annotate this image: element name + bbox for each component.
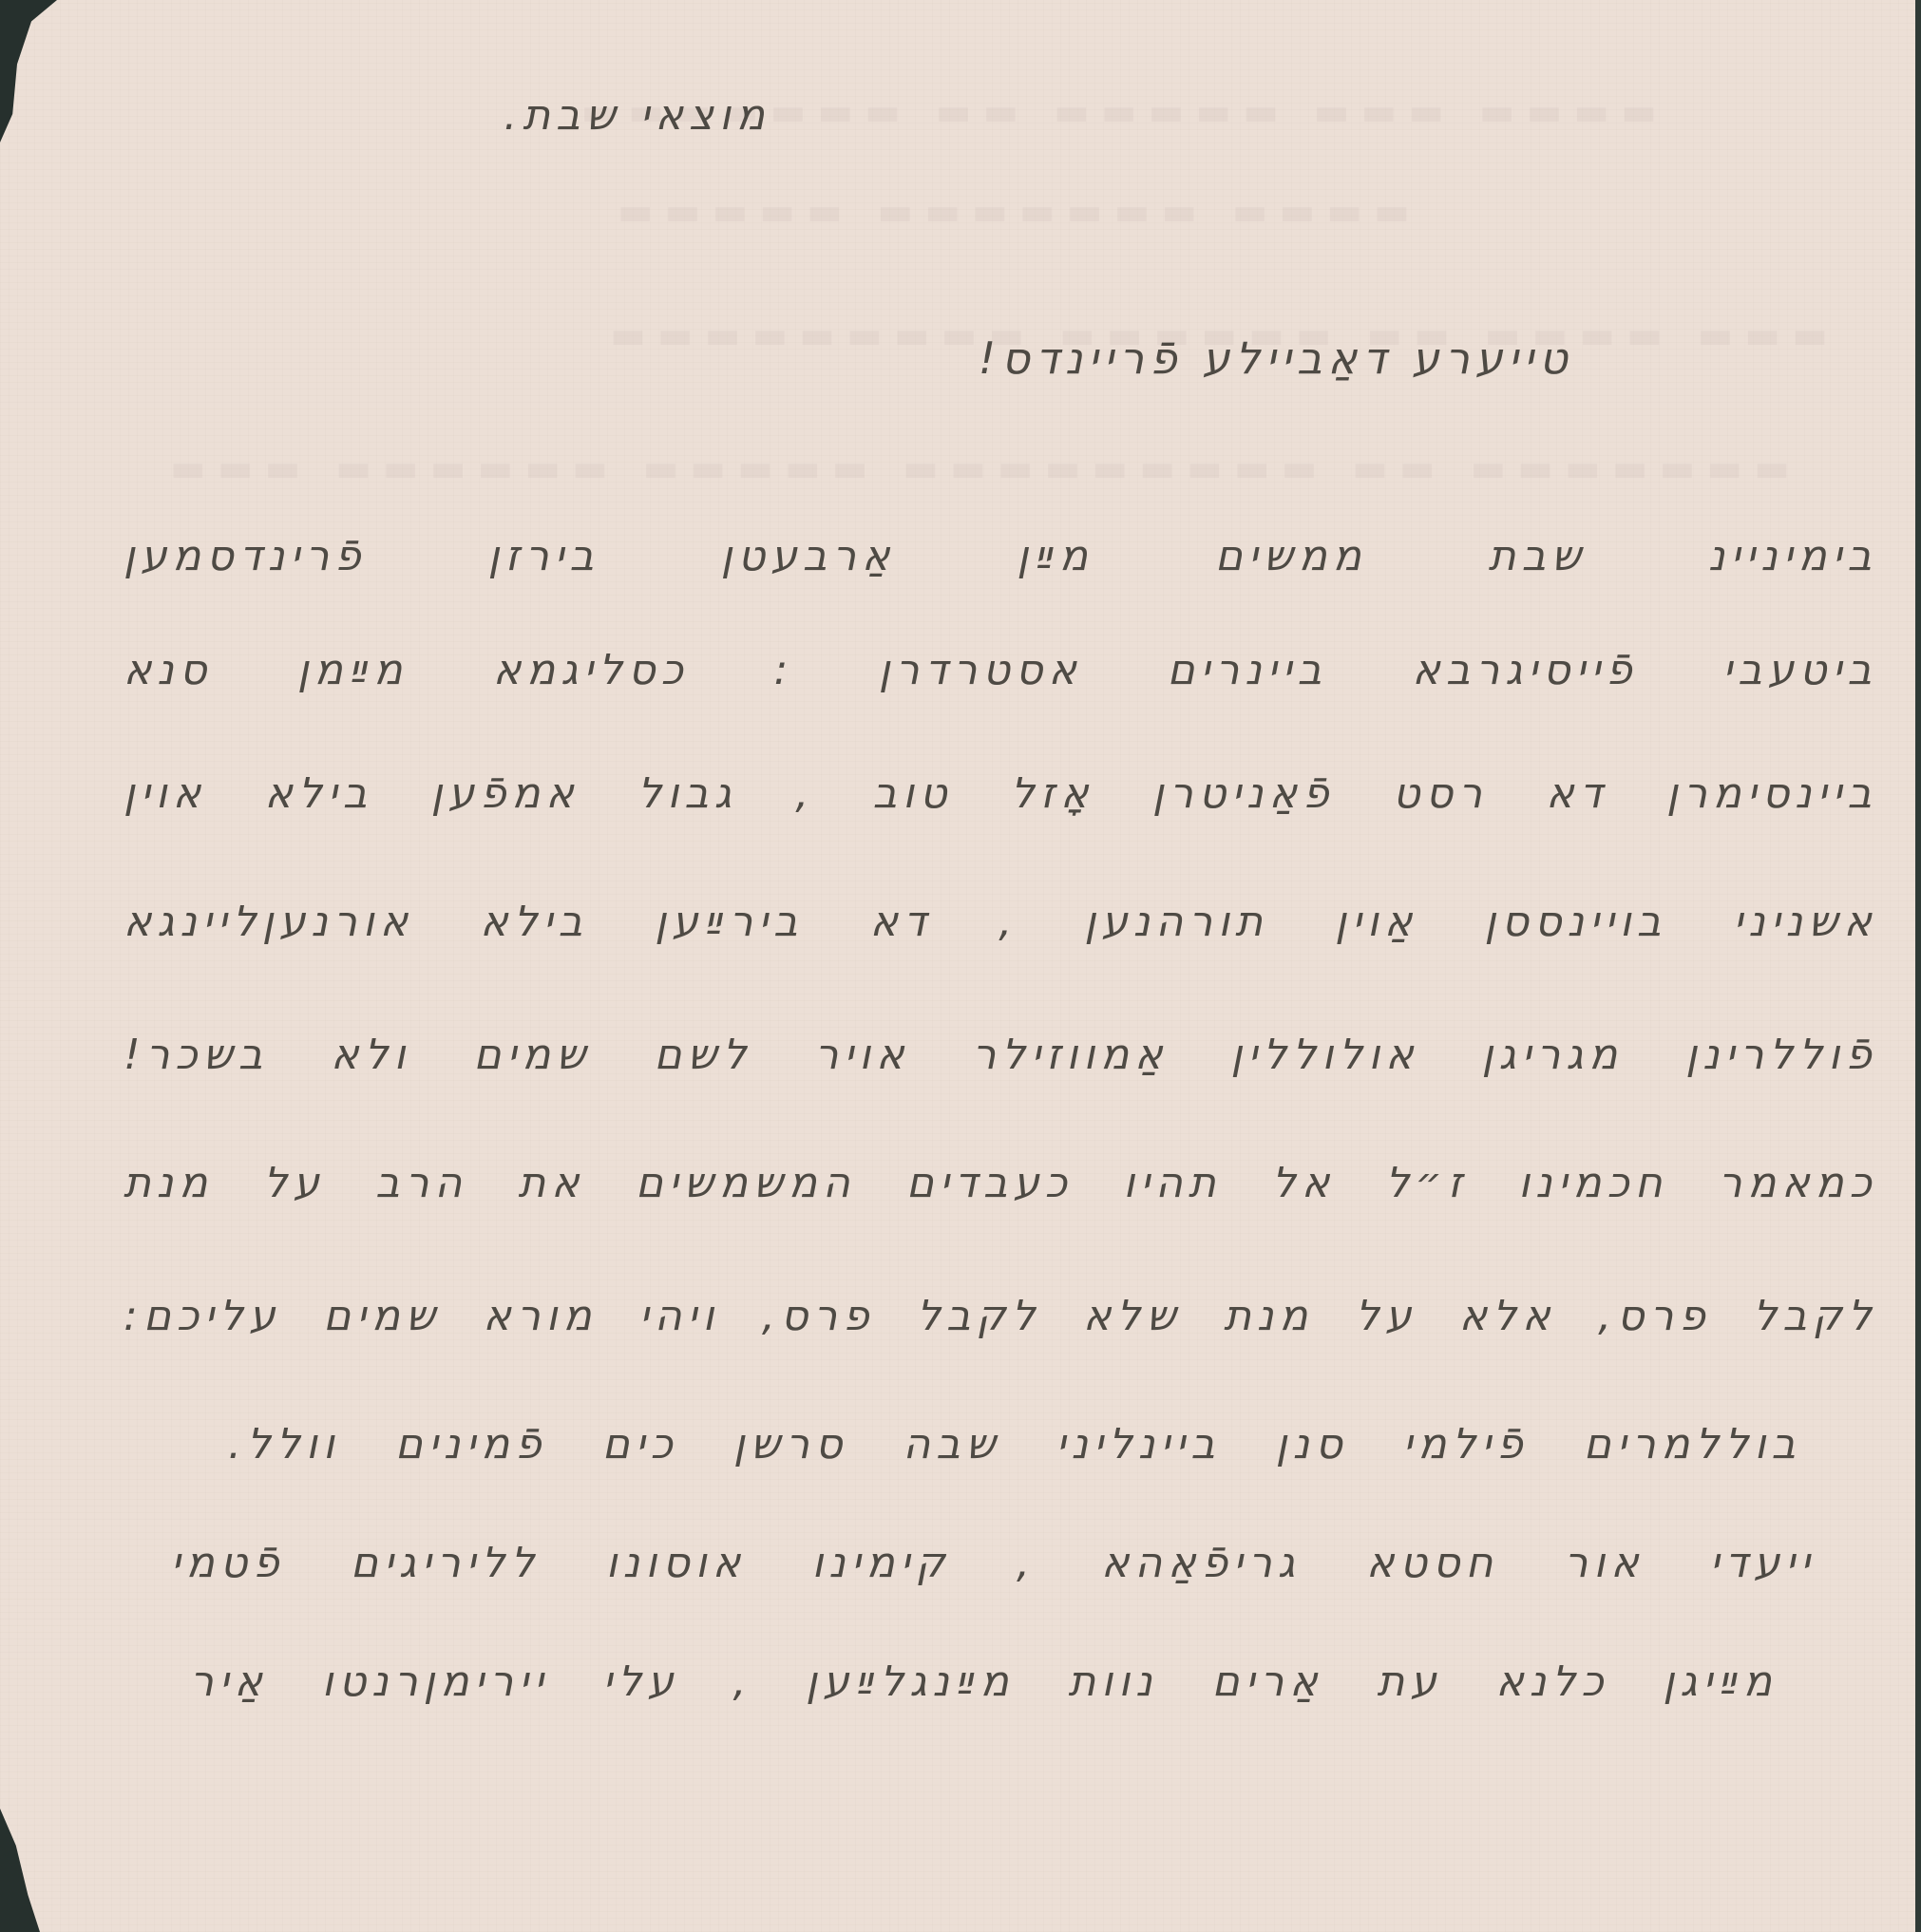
show-through-text: ▬▬▬▬▬▬▬ ▬▬ ▬▬▬▬▬▬▬▬▬ ▬▬▬▬▬ ▬▬▬▬▬▬ ▬▬▬ <box>170 446 1801 490</box>
letter-body-line: כמאמר חכמינו ז״ל אל תהיו כעבדים המשמשים … <box>124 1159 1877 1207</box>
letter-body-line: פֿוללרינן מגריגן אולוללין אַמווזילר אויר… <box>124 1031 1877 1079</box>
letter-body-line: לקבל פרס, אלא על מנת שלא לקבל פרס, ויהי … <box>124 1292 1877 1340</box>
show-through-text: ▬▬▬▬ ▬▬▬▬▬▬▬ ▬▬▬▬▬ <box>618 190 1421 234</box>
letter-body-line: ביטעבי פֿייסיגרבא ביינרים אסטרדרן : כסלי… <box>124 646 1877 694</box>
letter-paper: ▬▬▬▬ ▬▬▬ ▬▬▬▬▬ ▬▬ ▬▬▬▬▬▬▬ ▬▬▬▬ ▬▬▬▬▬▬▬ ▬… <box>0 0 1915 1932</box>
scan-background-edge <box>1915 0 1921 1932</box>
letter-salutation: טייערע דאַביילע פֿריינדס! <box>979 332 1573 384</box>
letter-date-heading: מוצאי שבת. <box>504 91 770 140</box>
letter-body-line: מײַיגן כלנא עת אַרים נוות מײַנגלײַען , ע… <box>190 1657 1778 1706</box>
letter-body-line: אשניני בויינססן אַוין תורהנען , דא בירײַ… <box>124 898 1877 946</box>
letter-body-line: ייעדי אור חסטא גריפֿאַהא , קימינו אוסונו… <box>171 1539 1816 1587</box>
letter-body-line: ביינסימרן דא רסט פֿאַניטרן אָזל טוב , גב… <box>124 769 1877 818</box>
letter-body-line: בימיניינ שבת ממשים מײַן אַרבעטן בירזן פֿ… <box>124 532 1877 580</box>
letter-body-line: בוללמרים פֿילמי סנן ביינליני שבה סרשן כי… <box>228 1420 1801 1468</box>
